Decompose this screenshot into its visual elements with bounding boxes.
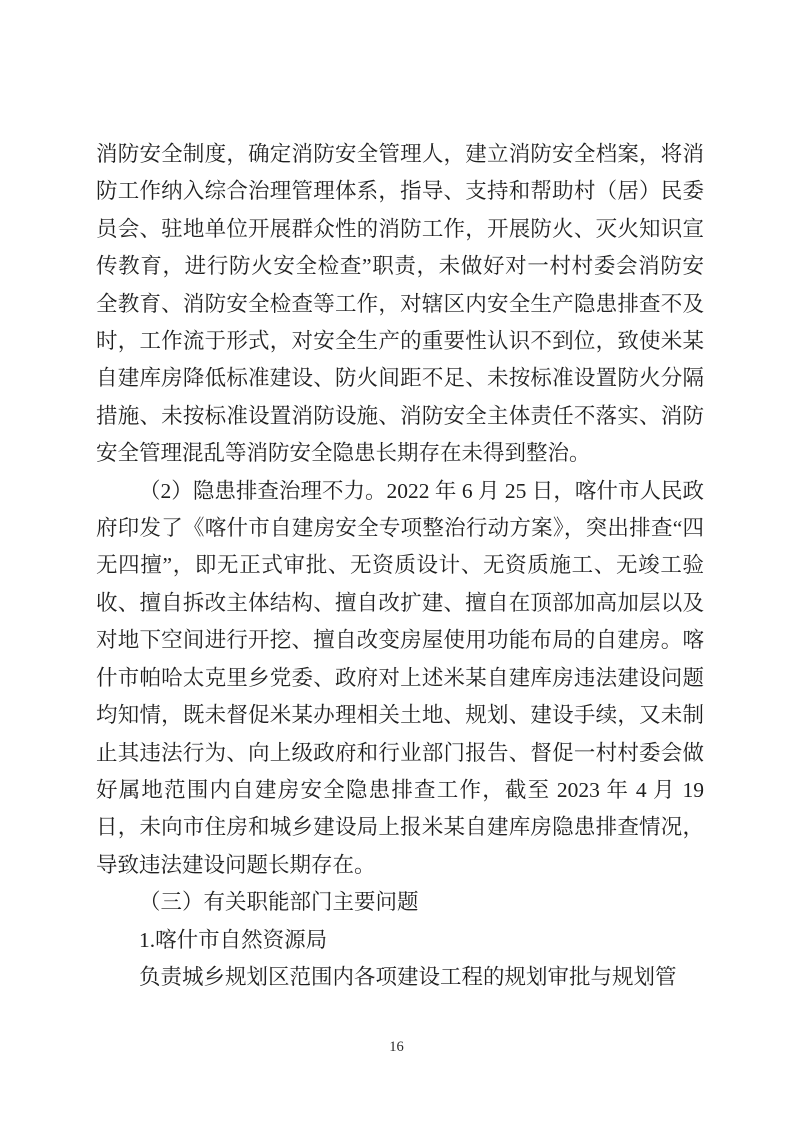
paragraph-hazard-inspection: （2）隐患排查治理不力。2022 年 6 月 25 日，喀什市人民政府印发了《喀… — [96, 473, 704, 884]
paragraph-natural-resources-duties: 负责城乡规划区范围内各项建设工程的规划审批与规划管 — [96, 959, 704, 996]
sub-heading-natural-resources-bureau: 1.喀什市自然资源局 — [96, 922, 704, 959]
paragraph-fire-safety-duties: 消防安全制度，确定消防安全管理人，建立消防安全档案，将消防工作纳入综合治理管理体… — [96, 136, 704, 473]
document-body: 消防安全制度，确定消防安全管理人，建立消防安全档案，将消防工作纳入综合治理管理体… — [96, 136, 704, 996]
section-heading-responsible-departments: （三）有关职能部门主要问题 — [96, 884, 704, 921]
document-page: 消防安全制度，确定消防安全管理人，建立消防安全档案，将消防工作纳入综合治理管理体… — [0, 0, 793, 1122]
page-number: 16 — [0, 1038, 793, 1056]
